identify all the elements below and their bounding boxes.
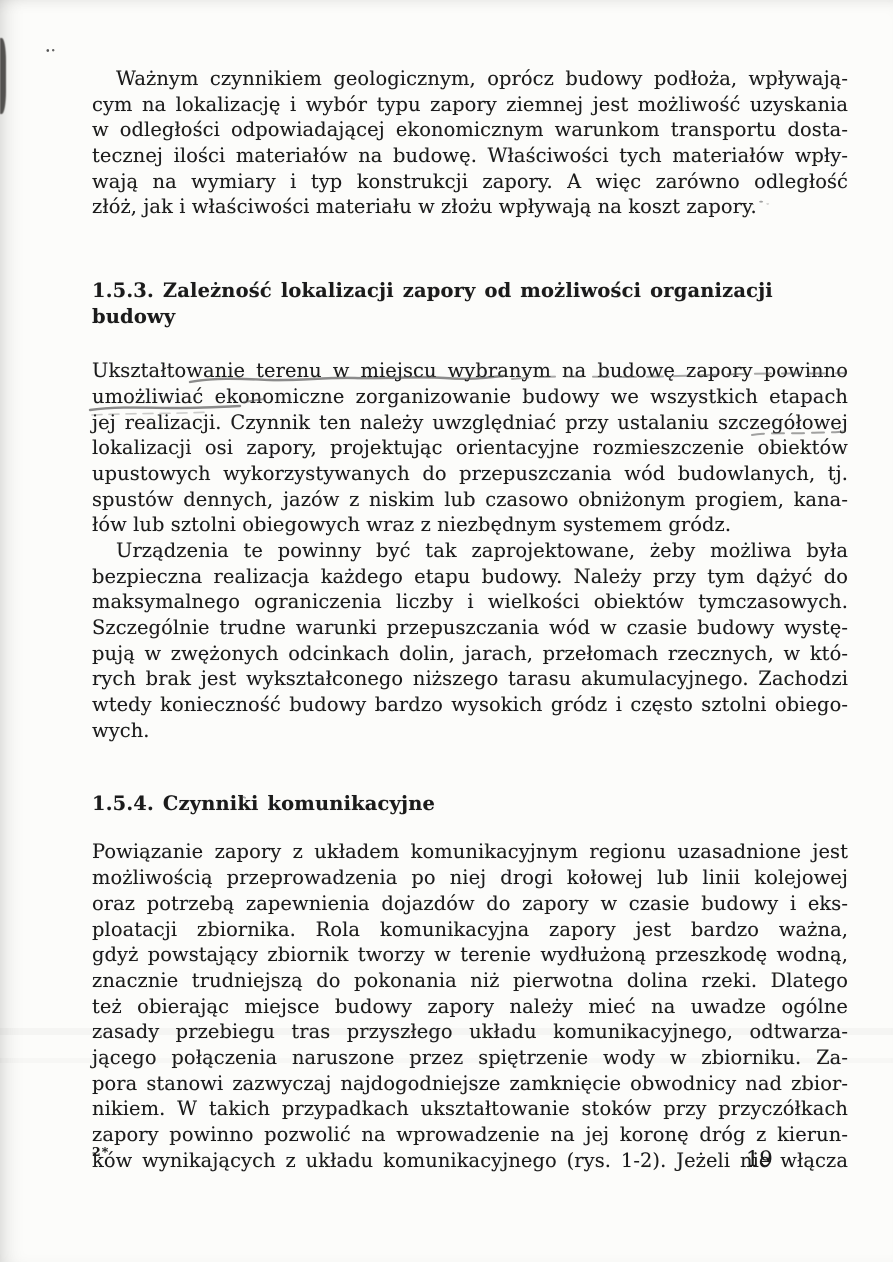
text-line: oraz potrzebą zapewnienia dojazdów do za… <box>92 891 848 917</box>
text-line: upustowych wykorzystywanych do przepuszc… <box>92 461 848 487</box>
page-number: 19 <box>746 1147 773 1171</box>
text-line: Szczególnie trudne warunki przepuszczani… <box>92 615 848 641</box>
print-signature-mark: 2* <box>92 1144 109 1159</box>
text-line: pora stanowi zazwyczaj najdogodniejsze z… <box>92 1071 848 1097</box>
text-line: lokalizacji osi zapory, projektując orie… <box>92 435 848 461</box>
text-line: wych. <box>92 718 848 744</box>
paragraph: Ukształtowanie terenu w miejscu wybranym… <box>92 358 848 538</box>
text-line: nikiem. W takich przypadkach ukształtowa… <box>92 1096 848 1122</box>
text-line: Ważnym czynnikiem geologicznym, oprócz b… <box>92 66 848 92</box>
text-line: tecznej ilości materiałów na budowę. Wła… <box>92 143 848 169</box>
scan-edge-artifact <box>0 38 6 114</box>
text-line: zapory powinno pozwolić na wprowadzenie … <box>92 1122 848 1148</box>
text-line: w odległości odpowiadającej ekonomicznym… <box>92 117 848 143</box>
text-line: bezpieczna realizacja każdego etapu budo… <box>92 564 848 590</box>
text-line: ków wynikających z układu komunikacyjneg… <box>92 1148 848 1174</box>
text-line: Urządzenia te powinny być tak zaprojekto… <box>92 538 848 564</box>
text-line: wtedy konieczność budowy bardzo wysokich… <box>92 692 848 718</box>
scan-speck <box>46 49 55 52</box>
section-heading-1-5-3: 1.5.3. Zależność lokalizacji zapory od m… <box>92 278 848 330</box>
text-line: złóż, jak i właściwości materiału w złoż… <box>92 194 848 220</box>
paragraph: Urządzenia te powinny być tak zaprojekto… <box>92 538 848 744</box>
text-line: cym na lokalizację i wybór typu zapory z… <box>92 92 848 118</box>
text-line: rych brak jest wykształconego niższego t… <box>92 666 848 692</box>
text-line: jącego połączenia naruszone przez spiętr… <box>92 1045 848 1071</box>
text-line: gdyż powstający zbiornik tworzy w tereni… <box>92 942 848 968</box>
text-line: Ukształtowanie terenu w miejscu wybranym… <box>92 358 848 384</box>
text-line: maksymalnego ograniczenia liczby i wielk… <box>92 589 848 615</box>
paragraph: Ważnym czynnikiem geologicznym, oprócz b… <box>92 66 848 220</box>
paragraph: Powiązanie zapory z układem komunikacyjn… <box>92 839 848 1173</box>
text-line: pują w zwężonych odcinkach dolin, jarach… <box>92 641 848 667</box>
text-line: spustów dennych, jazów z niskim lub czas… <box>92 487 848 513</box>
scanned-book-page: Ważnym czynnikiem geologicznym, oprócz b… <box>0 0 893 1262</box>
text-line: znacznie trudniejszą do pokonania niż pi… <box>92 968 848 994</box>
text-line: zasady przebiegu tras przyszłego układu … <box>92 1019 848 1045</box>
text-line: też obierając miejsce budowy zapory nale… <box>92 994 848 1020</box>
text-line: ploatacji zbiornika. Rola komunikacyjna … <box>92 917 848 943</box>
text-line: jej realizacji. Czynnik ten należy uwzgl… <box>92 410 848 436</box>
section-heading-1-5-4: 1.5.4. Czynniki komunikacyjne <box>92 791 848 817</box>
text-line: wają na wymiary i typ konstrukcji zapory… <box>92 169 848 195</box>
text-line: Powiązanie zapory z układem komunikacyjn… <box>92 839 848 865</box>
text-line: umożliwiać ekonomiczne zorganizowanie bu… <box>92 384 848 410</box>
text-line: łów lub sztolni obiegowych wraz z niezbę… <box>92 512 848 538</box>
text-line: możliwością przeprowadzenia po niej drog… <box>92 865 848 891</box>
